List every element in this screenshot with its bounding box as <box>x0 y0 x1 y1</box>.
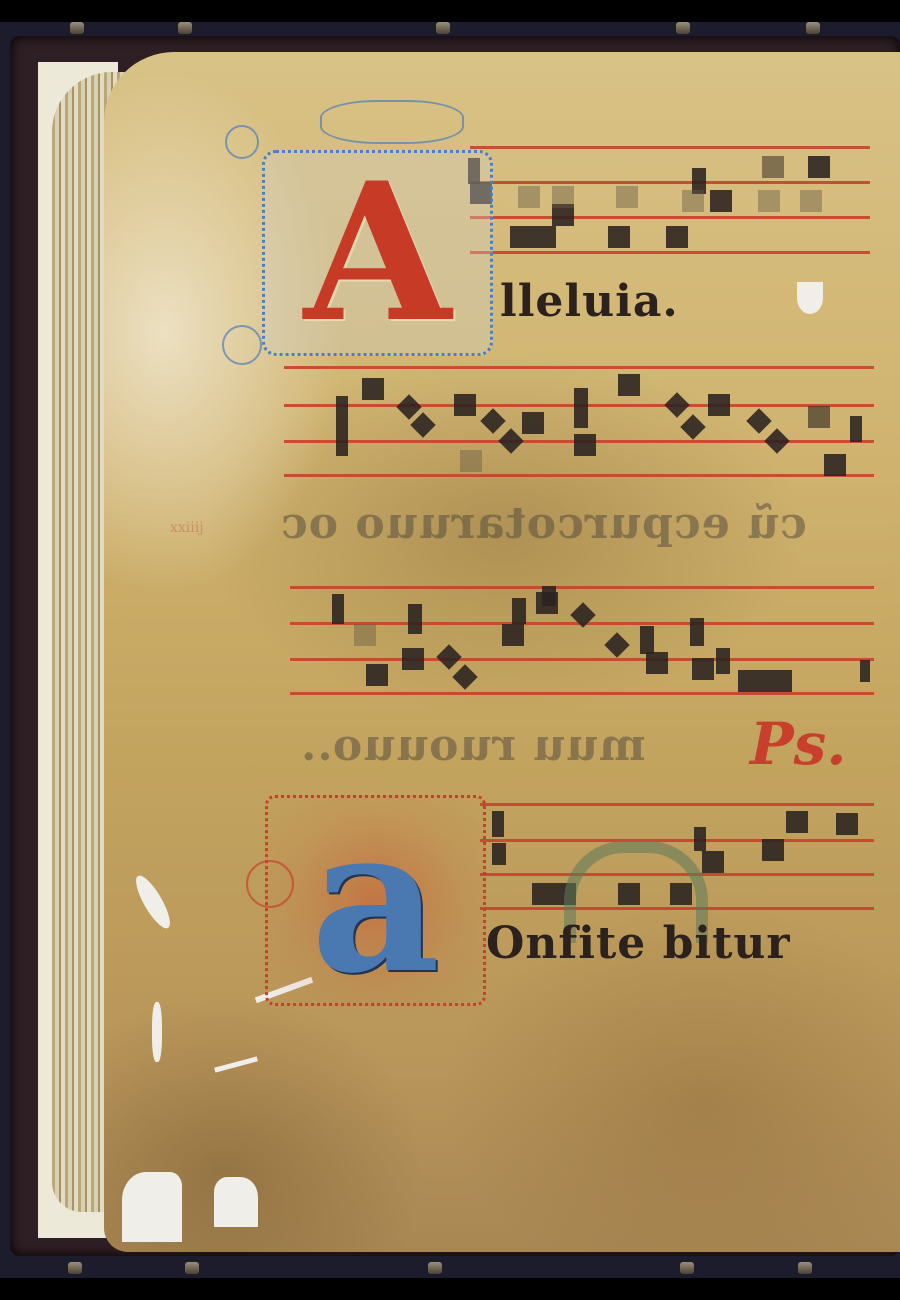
folio-note: xxiiij <box>170 520 204 536</box>
binding-peg <box>676 22 690 34</box>
penwork-flourish <box>222 325 262 365</box>
binding-peg <box>436 22 450 34</box>
lyric-line-4: Onfite bitur <box>486 918 791 969</box>
initial-letter: a <box>311 801 441 1001</box>
binding-peg <box>185 1262 199 1274</box>
illuminated-initial-a: a <box>265 795 486 1006</box>
binding-peg <box>68 1262 82 1274</box>
rubric-psalm: Ps. <box>750 710 846 778</box>
binding-peg <box>680 1262 694 1274</box>
penwork-flourish <box>320 100 464 144</box>
music-staff-4 <box>480 803 874 915</box>
binding-peg <box>428 1262 442 1274</box>
initial-letter: A <box>304 158 451 348</box>
parchment-loss <box>797 282 823 314</box>
parchment-loss <box>122 1172 182 1242</box>
lyric-line-1: lleluia. <box>500 276 679 327</box>
binding-peg <box>178 22 192 34</box>
binding-peg <box>798 1262 812 1274</box>
music-staff-1 <box>470 146 870 256</box>
showthrough-line-2: cũ ecpurcotaruuo oc <box>280 498 807 549</box>
parchment-loss <box>214 1177 258 1227</box>
music-staff-2 <box>284 366 874 478</box>
music-staff-3 <box>290 586 874 698</box>
showthrough-line-3: muu ruouuo.. <box>300 720 646 771</box>
parchment-tear <box>152 1002 162 1062</box>
binding-peg <box>806 22 820 34</box>
parchment-tear <box>214 1056 258 1072</box>
binding-peg <box>70 22 84 34</box>
penwork-flourish <box>225 125 259 159</box>
parchment-tear <box>130 872 176 933</box>
illuminated-initial-A: A <box>262 150 493 356</box>
